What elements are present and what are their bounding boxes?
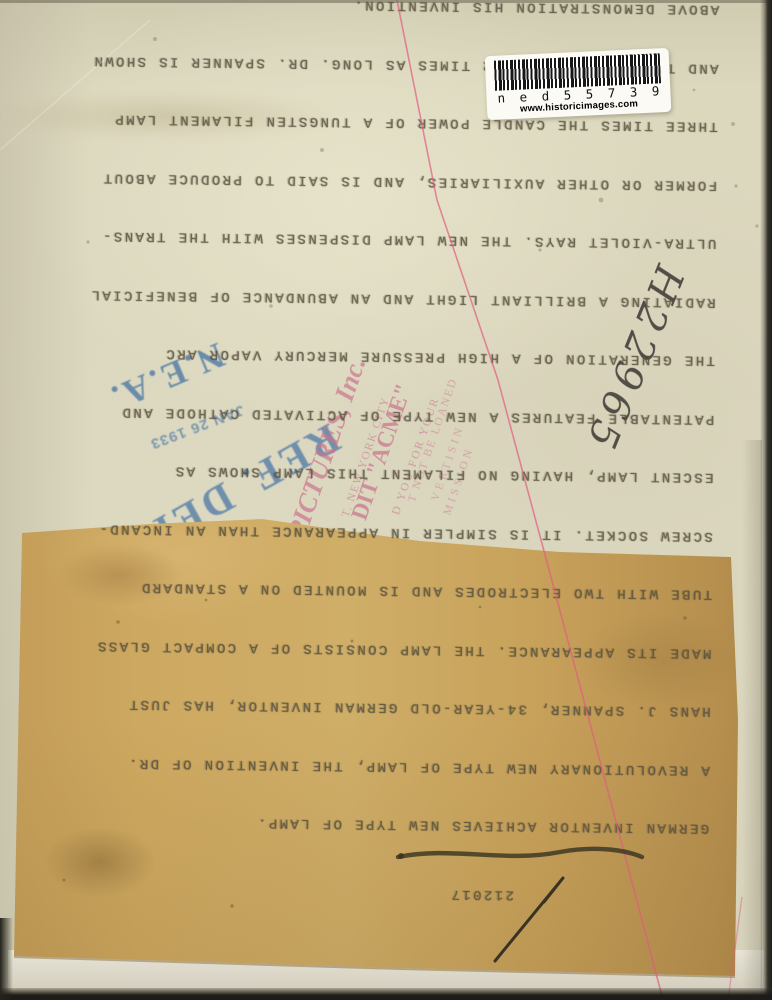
caption-line: PATENTABLE FEATURES A NEW TYPE OF ACTIVA…: [62, 401, 714, 428]
barcode-digit: e: [519, 90, 527, 103]
barcode-digit: d: [541, 89, 549, 102]
caption-line: ULTRA-VIOLET RAYS. THE NEW LAMP DISPENSE…: [64, 225, 716, 252]
barcode-sticker: n e d 5 5 7 3 9 www.historicimages.com: [485, 48, 672, 120]
caption-line: SCREW SOCKET. IT IS SIMPLER IN APPEARANC…: [61, 518, 713, 545]
barcode-digit: 5: [563, 88, 571, 101]
barcode-digit: 5: [585, 87, 593, 100]
caption-line: MADE ITS APPEARANCE. THE LAMP CONSISTS O…: [59, 635, 711, 662]
scan-edge-bottom: [0, 988, 772, 1000]
caption-line: RADIATING A BRILLIANT LIGHT AND AN ABUND…: [64, 284, 716, 311]
caption-line: ESCENT LAMP, HAVING NO FILAMENT THIS LAM…: [62, 459, 714, 486]
caption-line: FORMER OR OTHER AUXILIARIES, AND IS SAID…: [65, 167, 717, 194]
typed-caption: 212017 GERMAN INVENTOR ACHIEVES NEW TYPE…: [56, 595, 712, 945]
barcode-digit: 9: [652, 84, 660, 97]
scan-edge-right: [760, 0, 772, 1000]
caption-line: 212017: [56, 879, 708, 906]
caption-line: A REVOLUTIONARY NEW TYPE OF LAMP, THE IN…: [58, 752, 710, 779]
scan-edge-bottom-left: [0, 918, 13, 1000]
barcode-digit: n: [497, 91, 505, 104]
scan-edge-top: [0, 0, 772, 3]
scan-edge-right-shadow: [742, 440, 762, 1000]
caption-line: HANS J. SPANNER, 34-YEAR-OLD GERMAN INVE…: [59, 693, 711, 720]
caption-line: THE GENERATION OF A HIGH PRESSURE MERCUR…: [63, 342, 715, 369]
caption-line: GERMAN INVENTOR ACHIEVES NEW TYPE OF LAM…: [57, 810, 709, 837]
caption-line: TUBE WITH TWO ELECTRODES AND IS MOUNTED …: [60, 576, 712, 603]
barcode-digit: 7: [607, 86, 615, 99]
press-photo-back-scan: { "photo_back": { "barcode": { "digits":…: [0, 0, 772, 1000]
barcode-digit: 3: [630, 85, 638, 98]
